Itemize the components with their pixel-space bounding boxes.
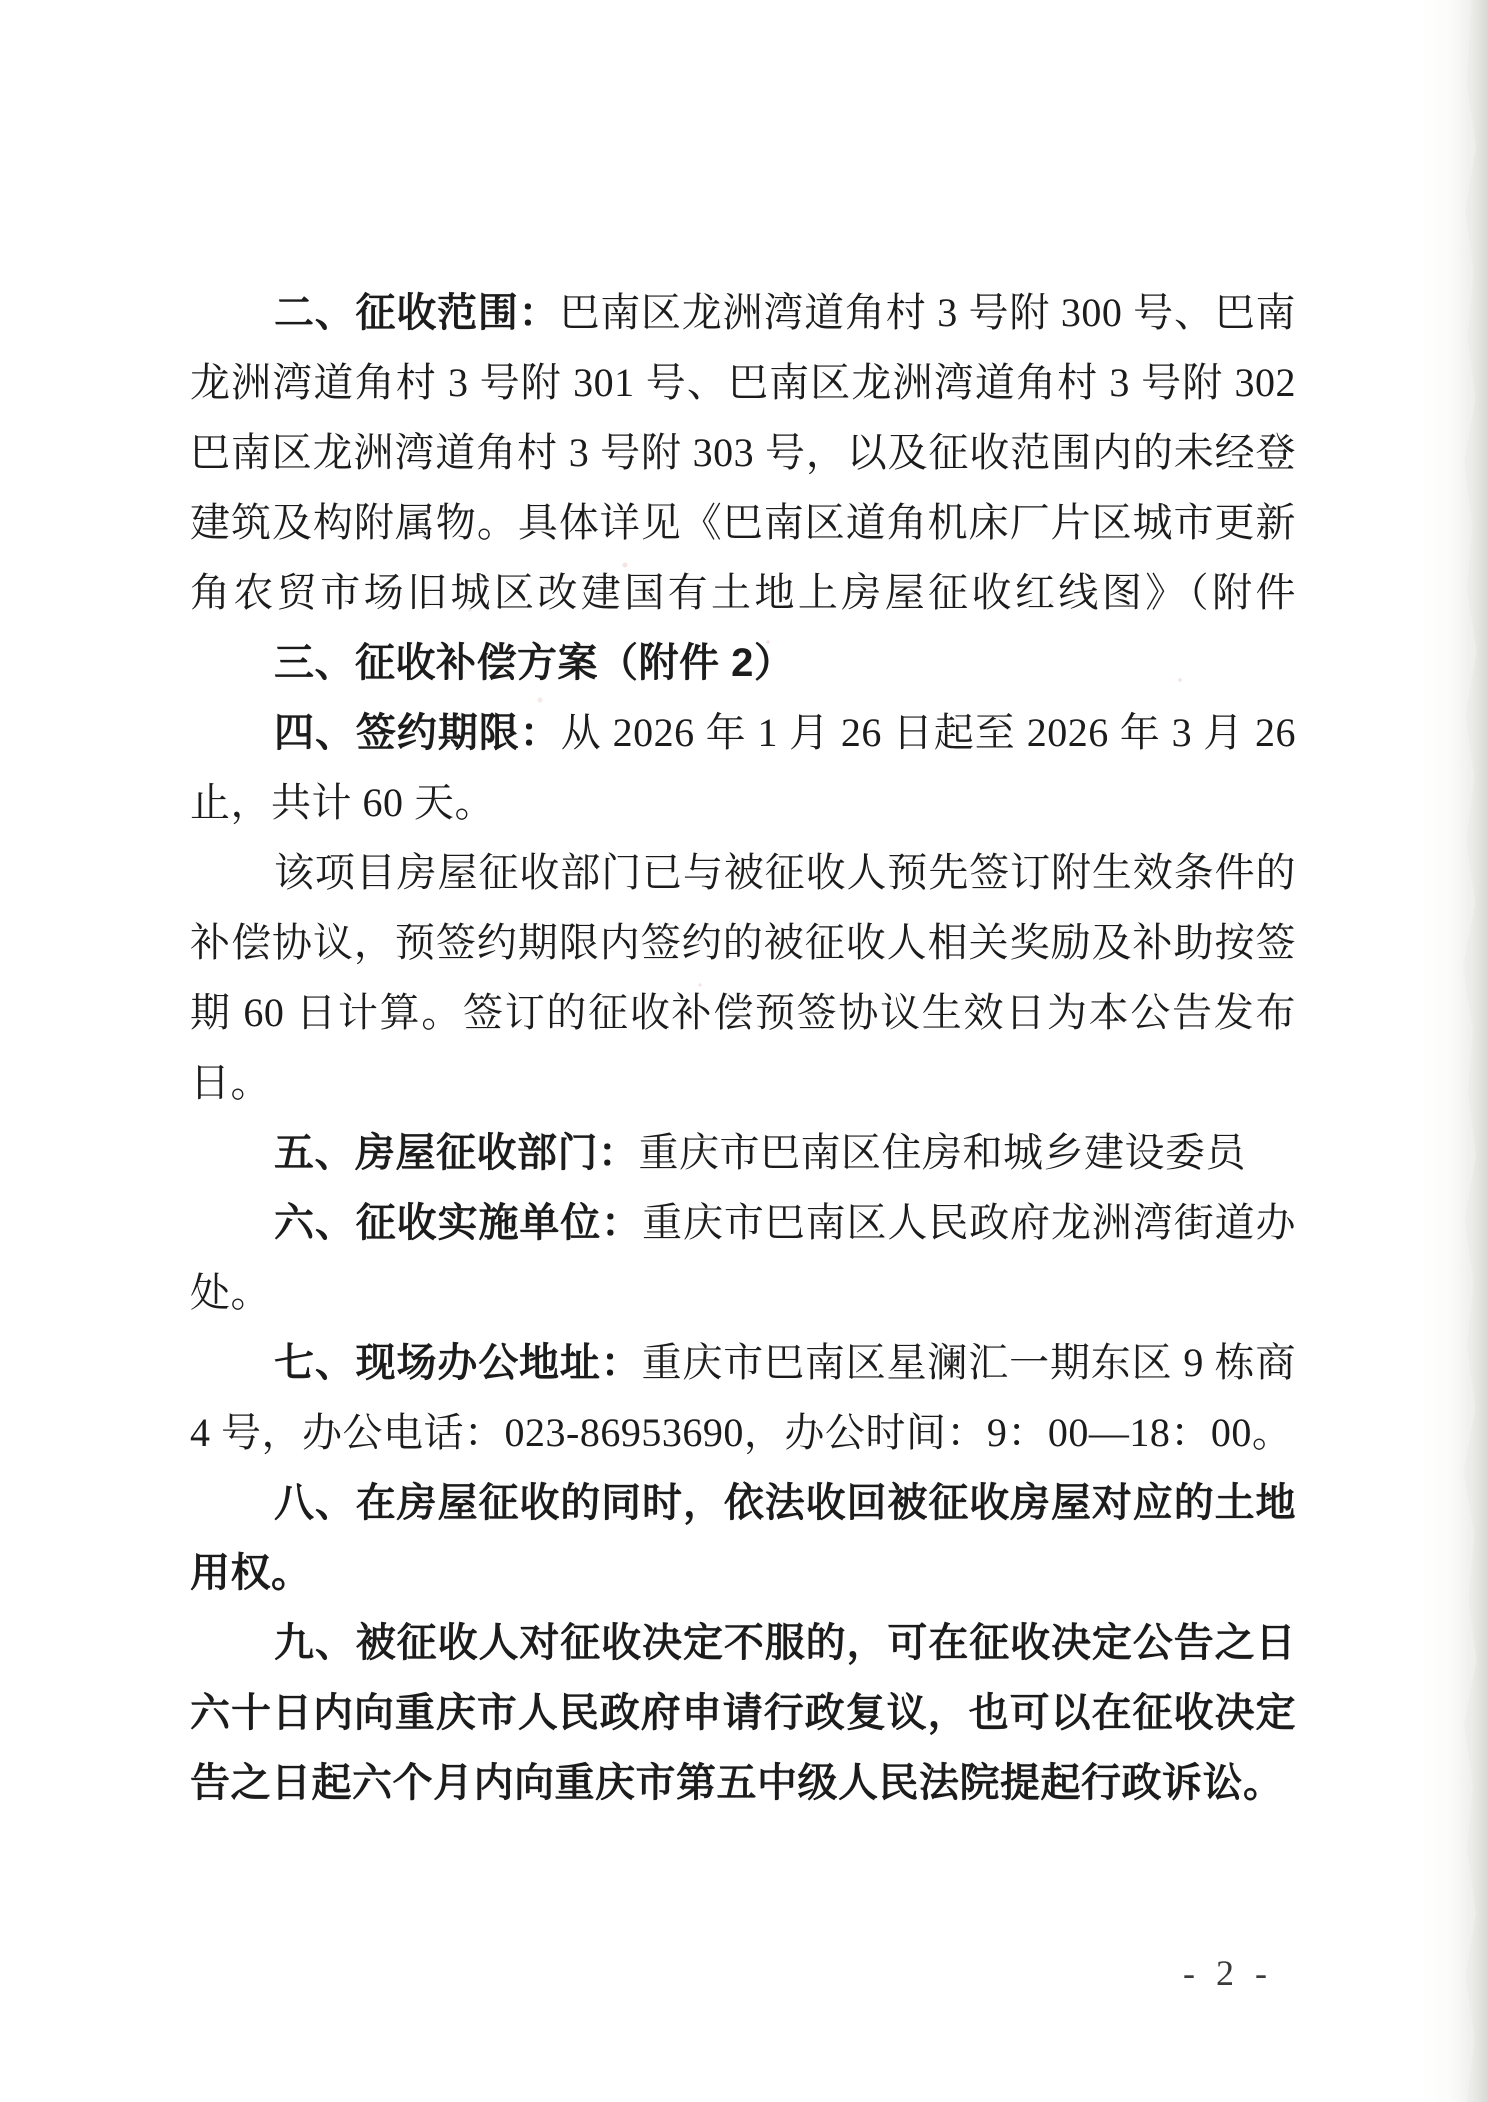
section-heading: 四、签约期限：: [274, 711, 561, 755]
body-text: 九、被征收人对征收决定不服的，可在征收决定公告之日起: [274, 1621, 1296, 1678]
text-line: 角农贸市场旧城区改建国有土地上房屋征收红线图》（附件 1）。: [190, 558, 1296, 628]
text-line: 巴南区龙洲湾道角村 3 号附 303 号，以及征收范围内的未经登记: [190, 418, 1296, 488]
text-line: 六十日内向重庆市人民政府申请行政复议，也可以在征收决定公: [190, 1678, 1296, 1748]
body-text: 八、在房屋征收的同时，依法收回被征收房屋对应的土地使: [274, 1481, 1296, 1538]
text-line: 三、征收补偿方案（附件 2）: [190, 628, 1296, 698]
text-line: 九、被征收人对征收决定不服的，可在征收决定公告之日起: [190, 1608, 1296, 1678]
body-text: 该项目房屋征收部门已与被征收人预先签订附生效条件的: [274, 850, 1296, 895]
page-number: - 2 -: [1178, 1952, 1278, 1994]
text-line: 告之日起六个月内向重庆市第五中级人民法院提起行政诉讼。: [190, 1748, 1296, 1818]
text-line: 用权。: [190, 1538, 1296, 1608]
body-text: 处。: [190, 1270, 271, 1315]
text-line: 处。: [190, 1258, 1296, 1328]
body-text: 期 60 日计算。签订的征收补偿预签协议生效日为本公告发布之: [190, 990, 1296, 1048]
text-line: 该项目房屋征收部门已与被征收人预先签订附生效条件的: [190, 838, 1296, 908]
section-heading: 二、征收范围：: [274, 291, 559, 335]
torn-paper-edge-icon: [1458, 0, 1488, 2102]
text-line: 期 60 日计算。签订的征收补偿预签协议生效日为本公告发布之: [190, 978, 1296, 1048]
body-text: 角农贸市场旧城区改建国有土地上房屋征收红线图》（附件 1）。: [190, 570, 1296, 628]
text-line: 八、在房屋征收的同时，依法收回被征收房屋对应的土地使: [190, 1468, 1296, 1538]
section-heading: 五、房屋征收部门：: [274, 1131, 639, 1175]
text-line: 建筑及构附属物。具体详见《巴南区道角机床厂片区城市更新道: [190, 488, 1296, 558]
body-text: 用权。: [190, 1551, 312, 1595]
text-line: 4 号，办公电话：023-86953690，办公时间：9：00—18：00。: [190, 1398, 1296, 1468]
body-text: 告之日起六个月内向重庆市第五中级人民法院提起行政诉讼。: [190, 1761, 1284, 1805]
text-line: 补偿协议，预签约期限内签约的被征收人相关奖励及补助按签约: [190, 908, 1296, 978]
text-line: 龙洲湾道角村 3 号附 301 号、巴南区龙洲湾道角村 3 号附 302 号、: [190, 348, 1296, 418]
body-text: 六十日内向重庆市人民政府申请行政复议，也可以在征收决定公: [190, 1691, 1296, 1748]
text-line: 四、签约期限：从 2026 年 1 月 26 日起至 2026 年 3 月 26…: [190, 698, 1296, 768]
body-text: 巴南区龙洲湾道角村 3 号附 303 号，以及征收范围内的未经登记: [190, 430, 1296, 488]
text-line: 二、征收范围：巴南区龙洲湾道角村 3 号附 300 号、巴南区: [190, 278, 1296, 348]
body-text: 建筑及构附属物。具体详见《巴南区道角机床厂片区城市更新道: [190, 500, 1296, 558]
text-line: 六、征收实施单位：重庆市巴南区人民政府龙洲湾街道办事: [190, 1188, 1296, 1258]
body-text: 止，共计 60 天。: [190, 780, 495, 825]
section-heading: 六、征收实施单位：: [274, 1201, 642, 1245]
text-line: 日。: [190, 1048, 1296, 1118]
section-heading: 三、征收补偿方案（附件 2）: [274, 641, 794, 685]
text-line: 止，共计 60 天。: [190, 768, 1296, 838]
body-text: 龙洲湾道角村 3 号附 301 号、巴南区龙洲湾道角村 3 号附 302 号、: [190, 360, 1296, 418]
text-line: 七、现场办公地址：重庆市巴南区星澜汇一期东区 9 栋商业: [190, 1328, 1296, 1398]
body-text: 4 号，办公电话：023-86953690，办公时间：9：00—18：00。: [190, 1410, 1292, 1455]
body-text: 日。: [190, 1060, 271, 1105]
body-text: 补偿协议，预签约期限内签约的被征收人相关奖励及补助按签约: [190, 920, 1296, 978]
text-line: 五、房屋征收部门：重庆市巴南区住房和城乡建设委员会。: [190, 1118, 1296, 1188]
scanned-page: 二、征收范围：巴南区龙洲湾道角村 3 号附 300 号、巴南区 龙洲湾道角村 3…: [0, 0, 1488, 2102]
section-heading: 七、现场办公地址：: [274, 1341, 642, 1385]
notice-body: 二、征收范围：巴南区龙洲湾道角村 3 号附 300 号、巴南区 龙洲湾道角村 3…: [190, 278, 1296, 1818]
